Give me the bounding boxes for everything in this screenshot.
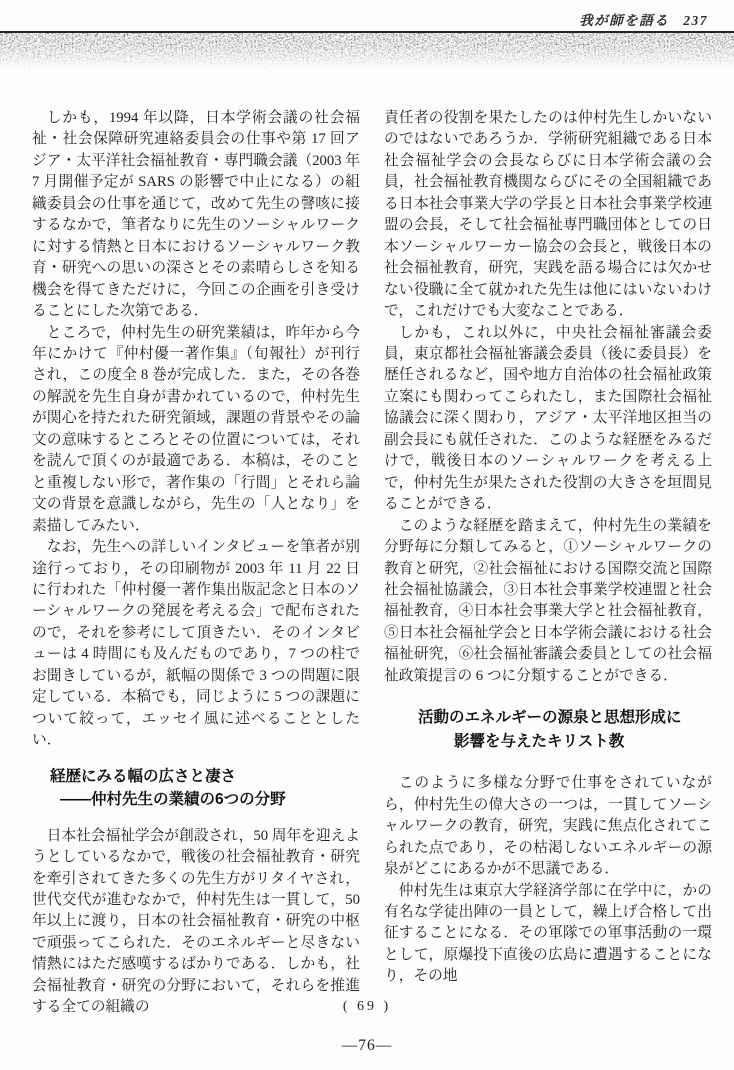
section-heading-christianity: 活動のエネルギーの源泉と思想形成に 影響を与えたキリスト教	[384, 706, 712, 753]
two-column-body: しかも，1994 年以降，日本学術会議の社会福祉・社会保障研究連絡委員会の仕事や…	[32, 108, 712, 1019]
band-fade-overlay	[0, 33, 734, 71]
section-heading-line: 経歴にみる幅の広さと凄さ	[32, 765, 360, 789]
body-paragraph: このような経歴を踏まえて，仲村先生の業績を分野毎に分類してみると，①ソーシャルワ…	[384, 516, 712, 688]
body-paragraph: ところで，仲村先生の研究業績は，昨年から今年にかけて『仲村優一著作集』（旬報社）…	[32, 323, 360, 538]
body-paragraph: 仲村先生は東京大学経済学部に在学中に，かの有名な学徒出陣の一員として，繰上げ合格…	[384, 881, 712, 988]
section-heading-line: 影響を与えたキリスト教	[384, 730, 712, 754]
decorative-band	[0, 31, 734, 71]
running-head: 我が師を語る237	[579, 9, 708, 29]
running-title: 我が師を語る	[579, 13, 669, 28]
section-heading-career: 経歴にみる幅の広さと凄さ ——仲村先生の業績の6つの分野	[32, 765, 360, 812]
body-paragraph: なお，先生への詳しいインタビューを筆者が別途行っており，その印刷物が 2003 …	[32, 537, 360, 752]
folio-number: ( 69 )	[0, 999, 734, 1015]
section-heading-line: ——仲村先生の業績の6つの分野	[32, 788, 360, 812]
page-number-bottom: —76—	[0, 1037, 734, 1055]
page-number-top: 237	[683, 13, 708, 28]
body-paragraph: しかも，1994 年以降，日本学術会議の社会福祉・社会保障研究連絡委員会の仕事や…	[32, 108, 360, 323]
document-page: 我が師を語る237 しかも，1994 年以降，日本学術会議の社会福祉・社会保障研…	[0, 0, 734, 1070]
body-paragraph: 日本社会福祉学会が創設され，50 周年を迎えようとしているなかで，戦後の社会福祉…	[32, 826, 360, 1019]
body-paragraph: このように多様な分野で仕事をされていながら，仲村先生の偉大さの一つは，一貫してソ…	[384, 773, 712, 880]
body-paragraph: しかも，これ以外に，中央社会福祉審議会委員，東京都社会福祉審議会委員（後に委員長…	[384, 323, 712, 516]
left-column: しかも，1994 年以降，日本学術会議の社会福祉・社会保障研究連絡委員会の仕事や…	[32, 108, 360, 1019]
section-heading-line: 活動のエネルギーの源泉と思想形成に	[384, 706, 712, 730]
right-column: 責任者の役割を果たしたのは仲村先生しかいないのではないであろうか．学術研究組織で…	[384, 108, 712, 1019]
body-paragraph: 責任者の役割を果たしたのは仲村先生しかいないのではないであろうか．学術研究組織で…	[384, 108, 712, 323]
